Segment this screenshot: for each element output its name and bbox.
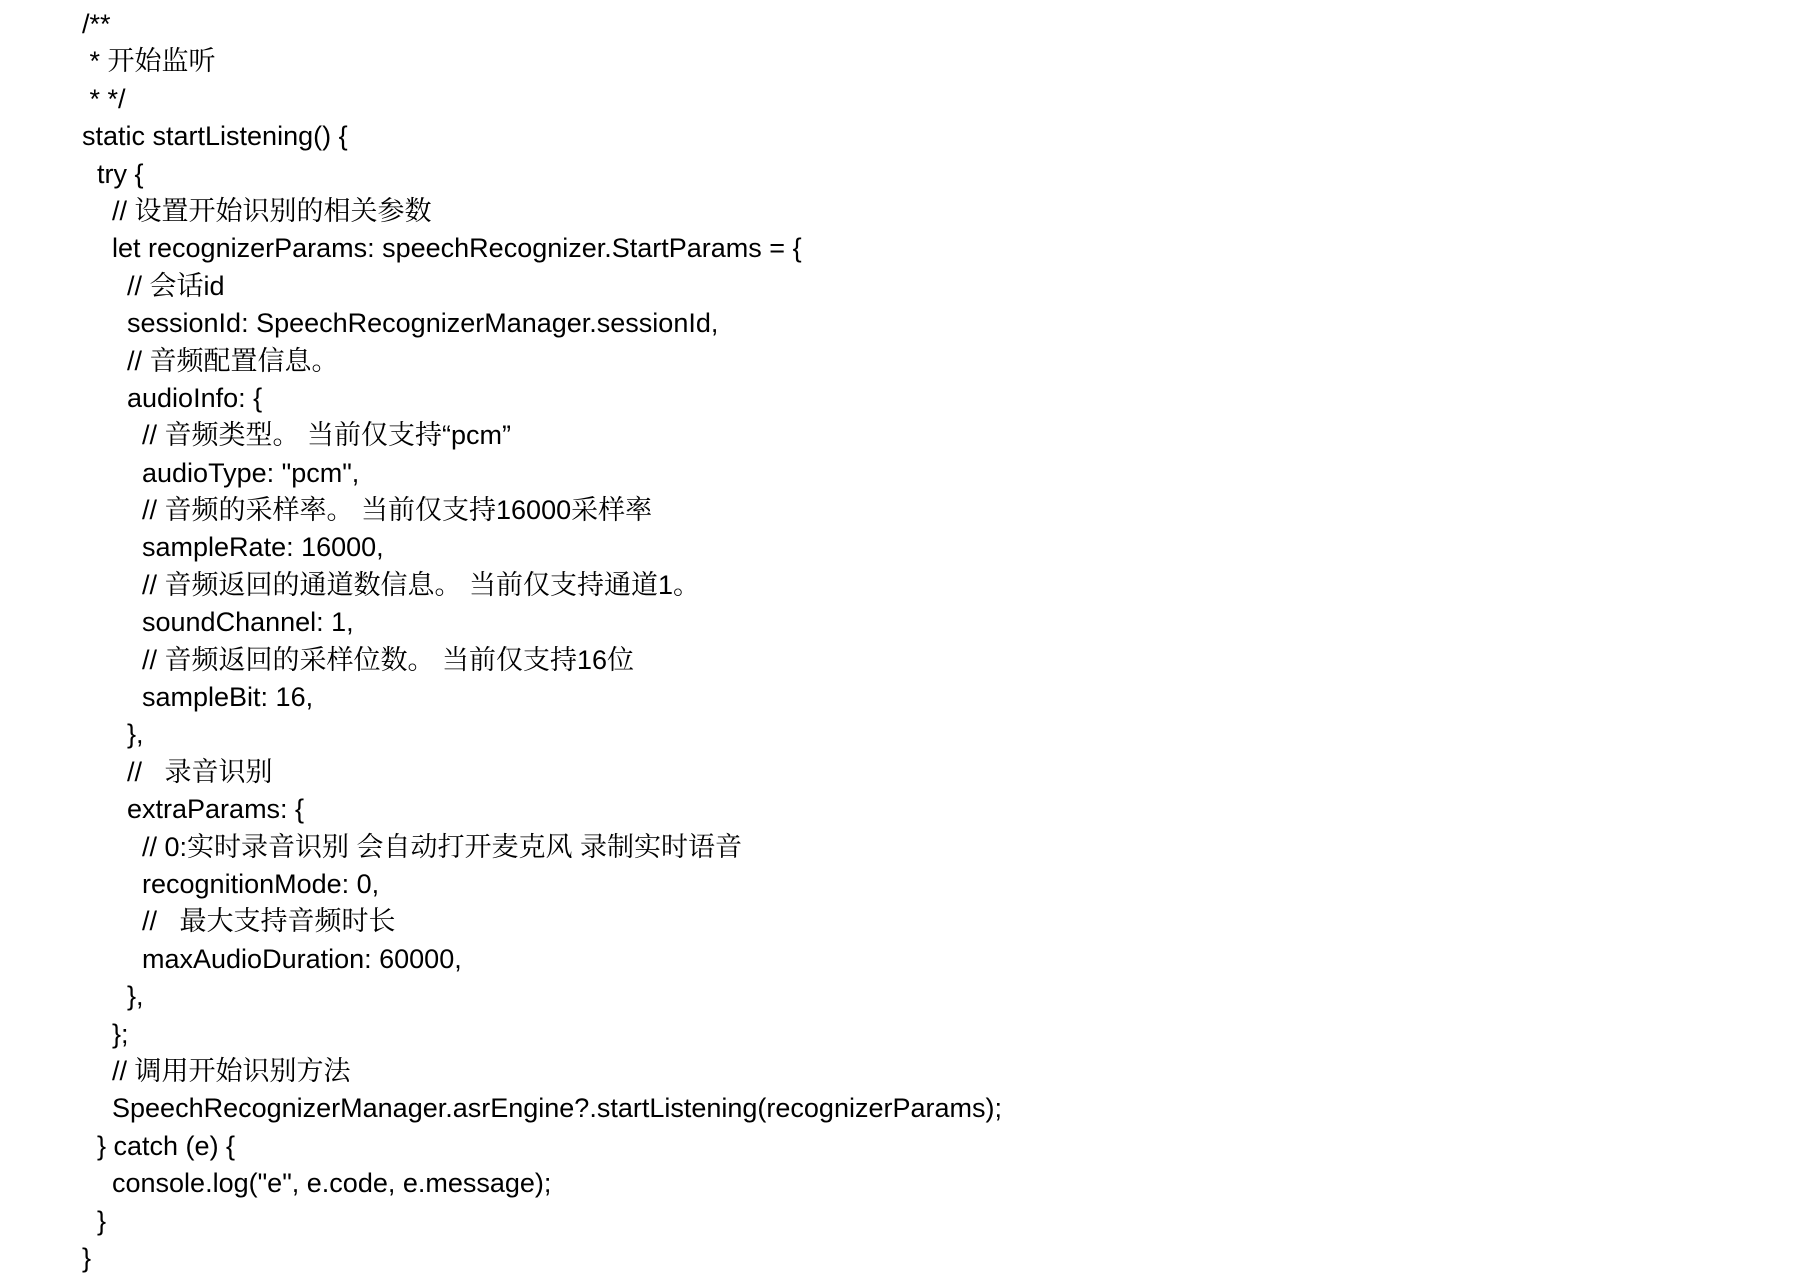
code-line: /**: [82, 6, 1804, 43]
code-line: };: [82, 1016, 1804, 1053]
code-line: // 0:实时录音识别 会自动打开麦克风 录制实时语音: [82, 829, 1804, 866]
code-line: recognitionMode: 0,: [82, 866, 1804, 903]
code-line: * */: [82, 81, 1804, 118]
code-line: // 会话id: [82, 268, 1804, 305]
code-line: // 设置开始识别的相关参数: [82, 193, 1804, 230]
code-line: // 音频的采样率。 当前仅支持16000采样率: [82, 492, 1804, 529]
code-line: sessionId: SpeechRecognizerManager.sessi…: [82, 305, 1804, 342]
code-line: audioInfo: {: [82, 380, 1804, 417]
code-line: } catch (e) {: [82, 1128, 1804, 1165]
code-line: soundChannel: 1,: [82, 604, 1804, 641]
code-line: try {: [82, 156, 1804, 193]
code-line: let recognizerParams: speechRecognizer.S…: [82, 230, 1804, 267]
code-line: // 音频类型。 当前仅支持“pcm”: [82, 417, 1804, 454]
code-line: sampleBit: 16,: [82, 679, 1804, 716]
code-line: SpeechRecognizerManager.asrEngine?.start…: [82, 1090, 1804, 1127]
code-block: /** * 开始监听 * */static startListening() {…: [0, 0, 1804, 1276]
code-line: }: [82, 1240, 1804, 1276]
code-line: audioType: "pcm",: [82, 455, 1804, 492]
code-line: // 音频返回的通道数信息。 当前仅支持通道1。: [82, 567, 1804, 604]
code-line: maxAudioDuration: 60000,: [82, 941, 1804, 978]
code-line: // 音频返回的采样位数。 当前仅支持16位: [82, 642, 1804, 679]
code-line: // 音频配置信息。: [82, 343, 1804, 380]
code-line: // 最大支持音频时长: [82, 903, 1804, 940]
code-line: static startListening() {: [82, 118, 1804, 155]
code-line: // 录音识别: [82, 754, 1804, 791]
code-line: // 调用开始识别方法: [82, 1053, 1804, 1090]
code-line: },: [82, 978, 1804, 1015]
code-line: sampleRate: 16000,: [82, 529, 1804, 566]
code-line: extraParams: {: [82, 791, 1804, 828]
code-line: },: [82, 716, 1804, 753]
code-line: }: [82, 1203, 1804, 1240]
code-line: * 开始监听: [82, 43, 1804, 80]
code-line: console.log("e", e.code, e.message);: [82, 1165, 1804, 1202]
